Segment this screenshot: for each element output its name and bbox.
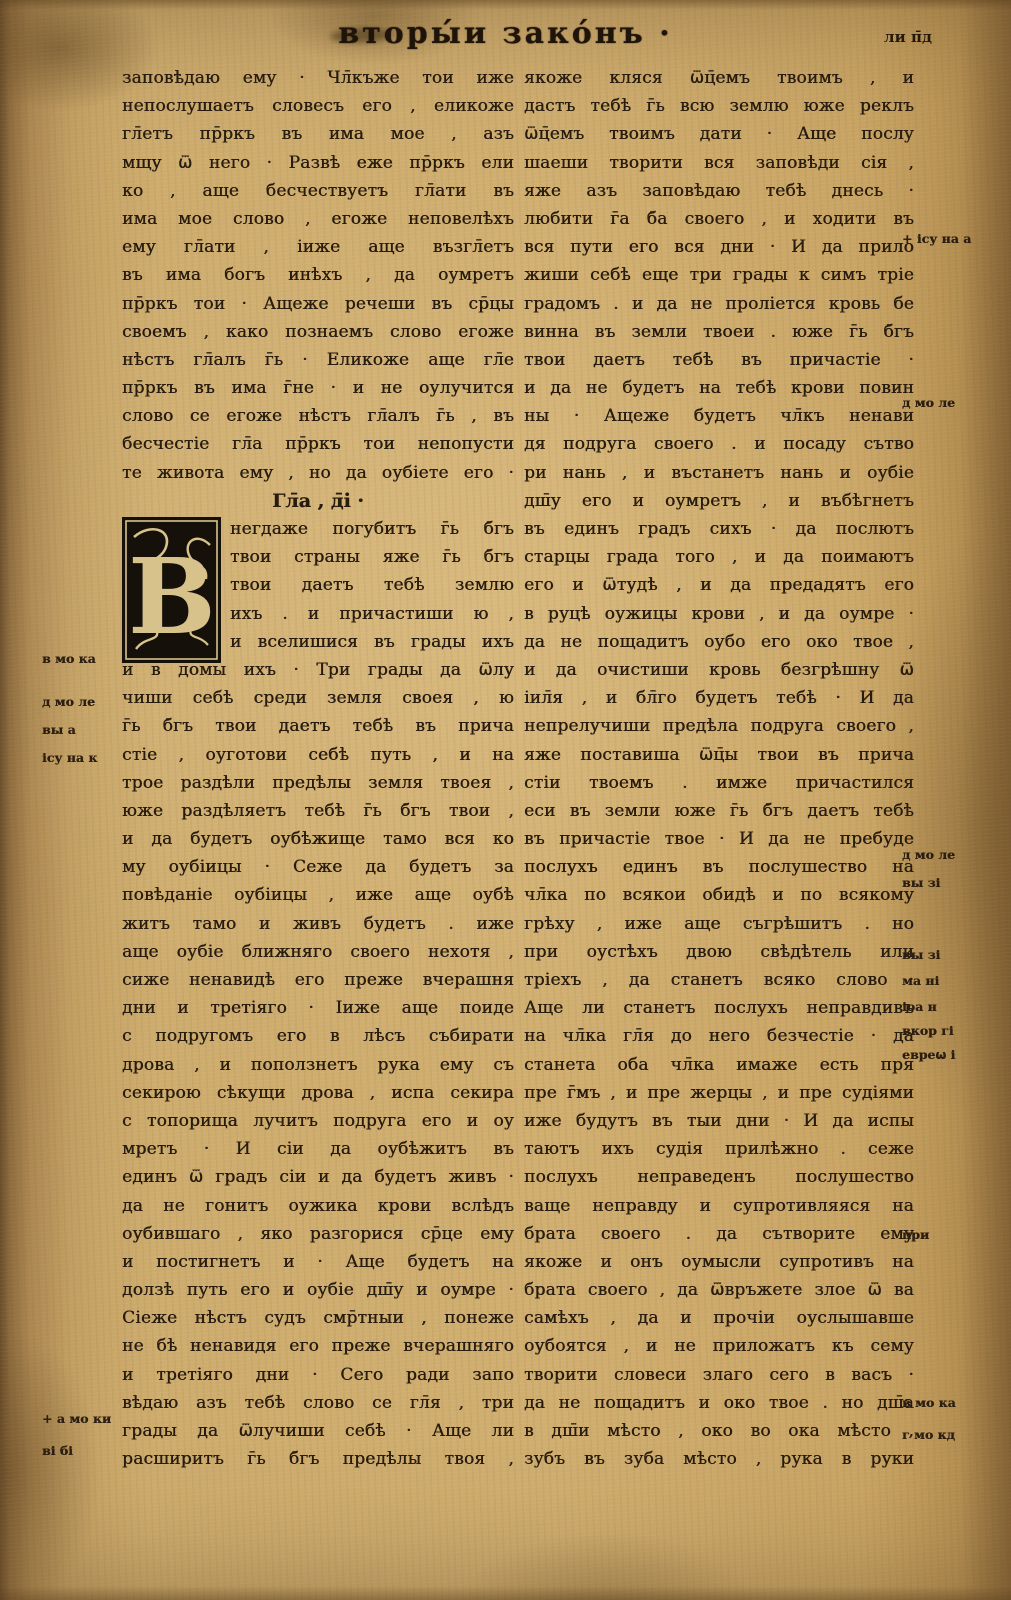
marginal-cross-reference: іоа н — [902, 1000, 937, 1014]
paragraph: негдаже погубитъ г̄ь б̄гътвои страны яже… — [230, 515, 514, 656]
text-line: брата своего , да ѿвръжете злое ѿ ва — [524, 1276, 914, 1304]
text-line: ѿц̄емъ твоимъ дати · Аще послу — [524, 120, 914, 148]
text-line: чл̄ка по всякои обидѣ и по всякому — [524, 881, 914, 909]
text-line: своемъ , како познаемъ слово егоже — [122, 318, 514, 346]
marginal-cross-reference: ісу на к — [42, 751, 97, 765]
marginal-cross-reference: г мо кд — [902, 1428, 955, 1442]
text-line: да не пощадитъ оубо его око твое , — [524, 628, 914, 656]
text-line: да не гонитъ оужика крови вслѣдъ — [122, 1192, 514, 1220]
marginal-cross-reference: вы зі — [902, 948, 940, 962]
text-line: жиши себѣ еще три грады к симъ тріе — [524, 261, 914, 289]
text-line: с подругомъ его в лѣсъ събирати — [122, 1022, 514, 1050]
text-line: творити словеси злаго сего в васъ · — [524, 1361, 914, 1389]
text-line: да не пощадитъ и око твое . но дш̄а — [524, 1389, 914, 1417]
text-line: стіи твоемъ . имже причастился — [524, 769, 914, 797]
text-line: его и ѿтудѣ , и да предадятъ его — [524, 571, 914, 599]
text-line: и постигнетъ и · Аще будетъ на — [122, 1248, 514, 1276]
text-line: с топорища лучитъ подруга его и оу — [122, 1107, 514, 1135]
text-line: грѣху , иже аще съгрѣшитъ . но — [524, 910, 914, 938]
text-line: и третіяго дни · Сего ради запо — [122, 1361, 514, 1389]
text-line: пр̄ркъ тои · Ащеже речеши въ ср̄цы — [122, 290, 514, 318]
text-line: не бѣ ненавидя его преже вчерашняго — [122, 1332, 514, 1360]
text-line: въ причастіе твое · И да не пребуде — [524, 825, 914, 853]
marginal-cross-reference: вкор гі — [902, 1024, 954, 1038]
text-line: повѣданіе оубіицы , иже аще оубѣ — [122, 881, 514, 909]
text-line: долзѣ путь его и оубіе дш̄у и оумре · — [122, 1276, 514, 1304]
text-line: ихъ . и причастиши ю , — [230, 600, 514, 628]
text-line: дрова , и поползнетъ рука ему съ — [122, 1051, 514, 1079]
text-line: ри нань , и въстанетъ нань и оубіе — [524, 459, 914, 487]
text-line: иже будутъ въ тыи дни · И да испы — [524, 1107, 914, 1135]
marginal-cross-reference: вы а — [42, 723, 76, 737]
text-line: мретъ · И сіи да оубѣжитъ въ — [122, 1135, 514, 1163]
text-line: твои даетъ тебѣ землю — [230, 571, 514, 599]
text-line: Аще ли станетъ послухъ неправдивъ — [524, 994, 914, 1022]
text-line: гл̄етъ пр̄ркъ въ има мое , азъ — [122, 120, 514, 148]
text-line: дш̄у его и оумретъ , и въбѣгнетъ — [524, 487, 914, 515]
text-line: твои даетъ тебѣ въ причастіе · — [524, 346, 914, 374]
marginal-cross-reference: д мо ле — [902, 396, 955, 410]
text-line: брата своего . да сътворите ему — [524, 1220, 914, 1248]
marginal-cross-reference: + ісу на а — [902, 232, 971, 246]
text-line: вѣдаю азъ тебѣ слово се гл̄я , три — [122, 1389, 514, 1417]
chapter-heading: Гл̄а , д̄і · — [122, 487, 514, 515]
marginal-cross-reference: при — [902, 1228, 929, 1242]
text-line: градомъ . и да не проліется кровь бе — [524, 290, 914, 318]
text-line: ко , аще бесчествуетъ гл̄ати въ — [122, 177, 514, 205]
text-line: пре г̄мъ , и пре жерцы , и пре судіями — [524, 1079, 914, 1107]
paragraph: заповѣдаю ему · Чл̄къже тои иженепослуша… — [122, 64, 514, 487]
text-line: дни и третіяго · Іиже аще поиде — [122, 994, 514, 1022]
text-line: самѣхъ , да и прочіи оуслышавше — [524, 1304, 914, 1332]
text-line: и да очистиши кровь безгрѣшну ѿ — [524, 656, 914, 684]
book-page-scan: вторы́и зако́нъ · ли п̄д заповѣдаю ему ·… — [0, 0, 1011, 1600]
marginal-cross-reference: в мо ка — [902, 1396, 956, 1410]
text-line: дастъ тебѣ г̄ь всю землю юже реклъ — [524, 92, 914, 120]
marginal-cross-reference: д мо ле — [902, 848, 955, 862]
text-line: слово се егоже нѣстъ гл̄алъ г̄ь , въ — [122, 402, 514, 430]
text-line: яже азъ заповѣдаю тебѣ днесь · — [524, 177, 914, 205]
text-line: въ има богъ инѣхъ , да оумретъ — [122, 261, 514, 289]
text-line: яже поставиша ѿц̄ы твои въ прича — [524, 741, 914, 769]
text-line: дя подруга своего . и посаду сътво — [524, 430, 914, 458]
text-line: му оубіицы · Сеже да будетъ за — [122, 853, 514, 881]
text-line: и вселишися въ грады ихъ — [230, 628, 514, 656]
text-line: твои страны яже г̄ь б̄гъ — [230, 543, 514, 571]
text-line: и да не будетъ на тебѣ крови повин — [524, 374, 914, 402]
text-line: еси въ земли юже г̄ь б̄гъ даетъ тебѣ — [524, 797, 914, 825]
text-line: мщу ѿ него · Развѣ еже пр̄ркъ ели — [122, 149, 514, 177]
text-line: Сіеже нѣстъ судъ смр̄тныи , понеже — [122, 1304, 514, 1332]
text-line: грады да ѿлучиши себѣ · Аще ли — [122, 1417, 514, 1445]
marginal-cross-reference: в мо ка — [42, 652, 96, 666]
text-line: послухъ неправеденъ послушество — [524, 1163, 914, 1191]
text-line: тріехъ , да станетъ всяко слово · — [524, 966, 914, 994]
initial-section: В негдаже погубитъ г̄ь б̄гътвои страны я… — [122, 515, 514, 656]
text-line: в дш̄и мѣсто , око во ока мѣсто , — [524, 1417, 914, 1445]
right-text-column: якоже кляся ѿц̄емъ твоимъ , идастъ тебѣ … — [524, 64, 914, 1473]
text-line: при оустѣхъ двою свѣдѣтель или — [524, 938, 914, 966]
text-line: якоже кляся ѿц̄емъ твоимъ , и — [524, 64, 914, 92]
text-line: винна въ земли твоеи . юже г̄ь б̄гъ — [524, 318, 914, 346]
text-line: станета оба чл̄ка имаже есть пря — [524, 1051, 914, 1079]
text-line: заповѣдаю ему · Чл̄къже тои иже — [122, 64, 514, 92]
text-line: расширитъ г̄ь б̄гъ предѣлы твоя , — [122, 1445, 514, 1473]
text-line: въ единъ градъ сихъ · да послютъ — [524, 515, 914, 543]
text-line: в руцѣ оужицы крови , и да оумре · — [524, 600, 914, 628]
text-line: оубоятся , и не приложатъ къ сему — [524, 1332, 914, 1360]
text-line: послухъ единъ въ послушество на — [524, 853, 914, 881]
drop-cap-initial: В — [122, 517, 221, 663]
text-line: таютъ ихъ судія прилѣжно . сеже — [524, 1135, 914, 1163]
text-line: любити г̄а б̄а своего , и ходити въ — [524, 205, 914, 233]
text-line: юже раздѣляетъ тебѣ г̄ь б̄гъ твои , — [122, 797, 514, 825]
left-text-column: заповѣдаю ему · Чл̄къже тои иженепослуша… — [122, 64, 514, 1473]
text-line: трое раздѣли предѣлы земля твоея , — [122, 769, 514, 797]
marginal-cross-reference: д мо ле — [42, 695, 95, 709]
text-line: вся пути его вся дни · И да прило — [524, 233, 914, 261]
text-line: старцы града того , и да поимаютъ — [524, 543, 914, 571]
text-line: оубившаго , яко разгорися ср̄це ему — [122, 1220, 514, 1248]
text-line: непрелучиши предѣла подруга своего , — [524, 712, 914, 740]
text-line: пр̄ркъ въ има г̄не · и не оулучится — [122, 374, 514, 402]
text-line: стіе , оуготови себѣ путь , и на — [122, 741, 514, 769]
text-line: и да будетъ оубѣжище тамо вся ко — [122, 825, 514, 853]
text-line: чиши себѣ среди земля своея , ю — [122, 684, 514, 712]
text-line: житъ тамо и живъ будетъ . иже — [122, 910, 514, 938]
text-line: непослушаетъ словесъ его , еликоже — [122, 92, 514, 120]
text-line: г̄ь б̄гъ твои даетъ тебѣ въ прича — [122, 712, 514, 740]
marginal-cross-reference: евреѡ і — [902, 1048, 955, 1062]
text-line: секирою сѣкущи дрова , испа секира — [122, 1079, 514, 1107]
text-line: ему гл̄ати , іиже аще възгл̄етъ — [122, 233, 514, 261]
text-line: зубъ въ зуба мѣсто , рука в руки — [524, 1445, 914, 1473]
folio-number: ли п̄д — [858, 28, 958, 46]
text-line: шаеши творити вся заповѣди сія , — [524, 149, 914, 177]
text-line: на чл̄ка гл̄я до него безчестіе · да — [524, 1022, 914, 1050]
text-line: негдаже погубитъ г̄ь б̄гъ — [230, 515, 514, 543]
text-line: сиже ненавидѣ его преже вчерашня — [122, 966, 514, 994]
svg-text:В: В — [128, 535, 216, 658]
text-line: іил̄я , и бл̄го будетъ тебѣ · И да — [524, 684, 914, 712]
text-line: якоже и онъ оумысли супротивъ на — [524, 1248, 914, 1276]
marginal-cross-reference: вы зі — [902, 876, 940, 890]
text-line: аще оубіе ближняго своего нехотя , — [122, 938, 514, 966]
paragraph: якоже кляся ѿц̄емъ твоимъ , идастъ тебѣ … — [524, 64, 914, 1473]
text-line: бесчестіе гл̄а пр̄ркъ тои непопусти — [122, 430, 514, 458]
text-line: те живота ему , но да оубіете его · — [122, 459, 514, 487]
text-line: ваще неправду и супротивляяся на — [524, 1192, 914, 1220]
text-line: единъ ѿ градъ сіи и да будетъ живъ · — [122, 1163, 514, 1191]
marginal-cross-reference: ма ні — [902, 974, 939, 988]
marginal-cross-reference: ві бі — [42, 1444, 73, 1458]
text-line: нѣстъ гл̄алъ г̄ь · Еликоже аще гл̄е — [122, 346, 514, 374]
text-line: има мое слово , егоже неповелѣхъ — [122, 205, 514, 233]
paragraph: и в домы ихъ · Три грады да ѿлучиши себѣ… — [122, 656, 514, 1473]
marginal-cross-reference: + а мо ки — [42, 1412, 111, 1426]
text-line: ны · Ащеже будетъ чл̄къ ненави — [524, 402, 914, 430]
